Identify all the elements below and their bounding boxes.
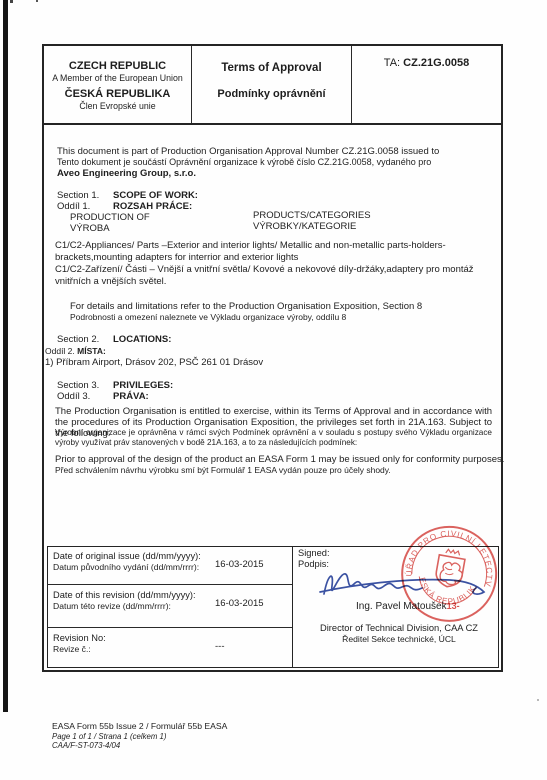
production-of-en: PRODUCTION OF: [70, 212, 150, 223]
section2-title-en: LOCATIONS:: [113, 334, 171, 345]
section3-title-en: PRIVILEGES:: [113, 380, 173, 391]
scanned-document-page: CZECH REPUBLIC A Member of the European …: [0, 0, 547, 780]
revision-no-label-cz: Revize č.:: [53, 644, 292, 655]
header-table: CZECH REPUBLIC A Member of the European …: [44, 46, 501, 125]
eu-member-line-en: A Member of the European Union: [52, 73, 183, 84]
header-authority-cell: CZECH REPUBLIC A Member of the European …: [44, 46, 192, 123]
intro-line-cz: Tento dokument je součástí Oprávnění org…: [57, 157, 431, 167]
table-row: Date of this revision (dd/mm/yyyy): Datu…: [47, 585, 292, 628]
scan-artifact-dot: [10, 0, 13, 3]
company-name: Aveo Engineering Group, s.r.o.: [57, 168, 196, 179]
section3-heading-en: Section 3.PRIVILEGES:: [57, 380, 173, 391]
handwritten-signature: [318, 562, 503, 604]
footer-form-number: EASA Form 55b Issue 2 / Formulář 55b EAS…: [52, 721, 227, 731]
section3-label-cz: Oddíl 3.: [57, 391, 113, 402]
footer-doc-reference: CAA/F-ST-073-4/04: [52, 741, 120, 750]
section3-title-cz: PRÁVA:: [113, 391, 149, 402]
revision-date: 16-03-2015: [215, 598, 264, 609]
section2-heading-cz: Oddíl 2. MÍSTA:: [45, 346, 106, 356]
section1-heading-en: Section 1.SCOPE OF WORK:: [57, 190, 198, 201]
products-categories-en: PRODUCTS/CATEGORIES: [253, 210, 371, 221]
stamp-crown: [446, 549, 460, 555]
ta-label: TA:: [384, 57, 400, 69]
production-of-cz: VÝROBA: [70, 223, 110, 234]
signed-label-en: Signed:: [298, 548, 330, 559]
header-ta-cell: TA: CZ.21G.0058: [352, 46, 501, 123]
form-title-cz: Podmínky oprávnění: [217, 88, 325, 100]
location-line: 1) Příbram Airport, Drásov 202, PSČ 261 …: [45, 357, 263, 368]
prior-approval-cz: Před schválením návrhu výrobku smí být F…: [55, 465, 391, 475]
prior-approval-en: Prior to approval of the design of the p…: [55, 454, 504, 465]
section1-title-en: SCOPE OF WORK:: [113, 190, 198, 201]
original-issue-date: 16-03-2015: [215, 559, 264, 570]
section1-heading-cz: Oddíl 1.ROZSAH PRÁCE:: [57, 201, 192, 212]
details-refer-cz: Podrobnosti a omezení naleznete ve Výkla…: [70, 312, 346, 322]
details-refer-en: For details and limitations refer to the…: [70, 301, 422, 312]
section2-label-cz: Oddíl 2.: [45, 346, 75, 356]
scope-items-cz: C1/C2-Zařízení/ Části – Vnější a vnitřní…: [55, 264, 492, 288]
section1-label-cz: Oddíl 1.: [57, 201, 113, 212]
section1-title-cz: ROZSAH PRÁCE:: [113, 201, 192, 212]
revision-no-label-en: Revision No:: [53, 633, 292, 644]
section2-label-en: Section 2.: [57, 334, 113, 345]
dates-table: Date of original issue (dd/mm/yyyy): Dat…: [47, 546, 293, 668]
products-categories-cz: VÝROBKY/KATEGORIE: [253, 221, 356, 232]
section2-title-cz: MÍSTA:: [77, 346, 106, 356]
ta-number-line: TA: CZ.21G.0058: [384, 57, 469, 69]
table-row: Revision No: Revize č.: ---: [47, 628, 292, 667]
table-row: Date of original issue (dd/mm/yyyy): Dat…: [47, 546, 292, 585]
scan-artifact-speck: [537, 699, 539, 701]
section3-heading-cz: Oddíl 3.PRÁVA:: [57, 391, 149, 402]
section1-label-en: Section 1.: [57, 190, 113, 201]
scan-artifact-dot: [36, 0, 38, 2]
header-title-cell: Terms of Approval Podmínky oprávnění: [192, 46, 352, 123]
footer-page-number: Page 1 of 1 / Strana 1 (celkem 1): [52, 732, 166, 741]
revision-no-value: ---: [215, 641, 225, 652]
scope-items-en: C1/C2-Appliances/ Parts –Exterior and in…: [55, 240, 492, 264]
ta-number: CZ.21G.0058: [403, 57, 469, 69]
intro-line-en: This document is part of Production Orga…: [57, 146, 439, 157]
scan-edge-artifact-left: [3, 0, 8, 712]
section2-heading-en: Section 2.LOCATIONS:: [57, 334, 171, 345]
section3-label-en: Section 3.: [57, 380, 113, 391]
country-name-en: CZECH REPUBLIC: [69, 60, 166, 73]
eu-member-line-cz: Člen Evropské unie: [79, 101, 155, 112]
country-name-cz: ČESKÁ REPUBLIKA: [65, 88, 171, 101]
form-title-en: Terms of Approval: [221, 62, 321, 74]
privileges-para-cz: Výrobní organizace je oprávněna v rámci …: [55, 428, 492, 448]
